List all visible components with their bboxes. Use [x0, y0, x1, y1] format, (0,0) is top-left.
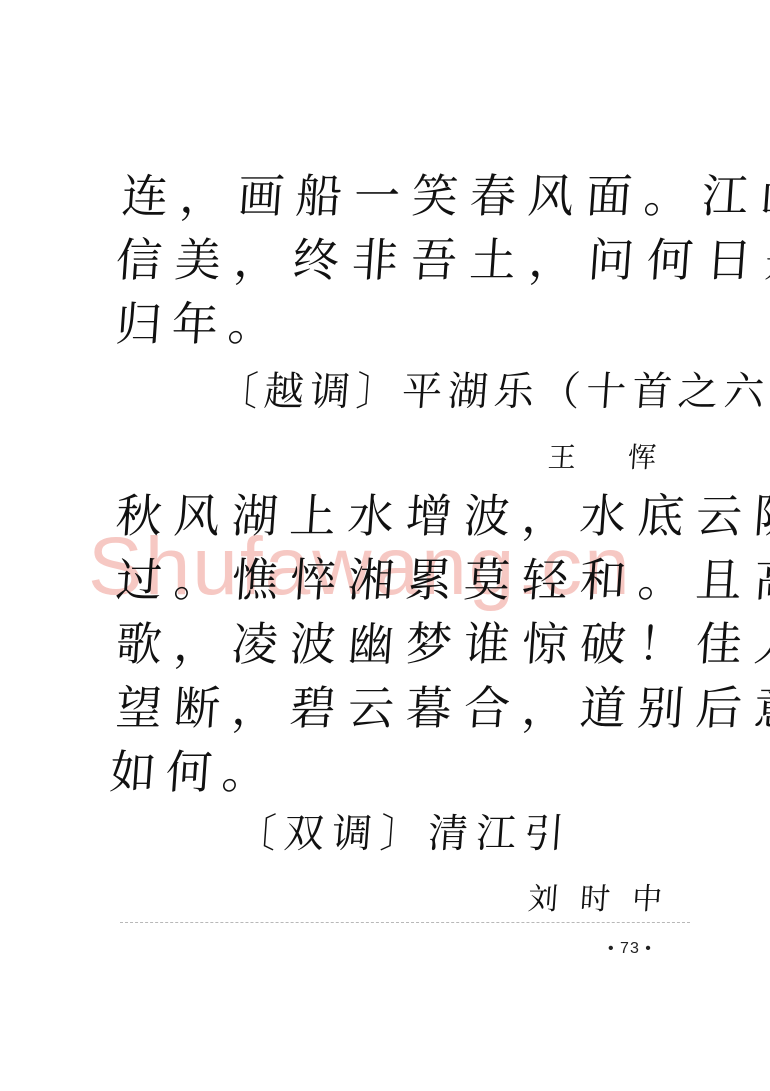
poem2-line-1: 秋风湖上水增波，水底云阴 [114, 488, 770, 544]
poem3-author: 刘时中 [526, 872, 686, 928]
poem2-title: 〔越调〕平湖乐（十首之六） [216, 364, 770, 420]
poem2-author: 王恽 [546, 430, 710, 486]
scanned-page: Shufawang.cn 连，画船一笑春风面。江山 信美，终非吾土，问何日是 归… [0, 0, 770, 1091]
poem1-line-3: 归年。 [114, 296, 286, 352]
poem2-line-4: 望断，碧云暮合，道别后意 [114, 680, 770, 736]
poem2-line-2: 过。憔悴湘累莫轻和。且高 [114, 552, 770, 608]
poem1-line-1: 连，画船一笑春风面。江山 [120, 168, 770, 224]
poem3-title: 〔双调〕清江引 [234, 806, 574, 862]
poem2-line-5: 如何。 [108, 744, 280, 800]
poem2-line-3: 歌，凌波幽梦谁惊破！佳人 [114, 616, 770, 672]
poem1-line-2: 信美，终非吾土，问何日是 [114, 232, 770, 288]
page-number: • 73 • [608, 940, 652, 958]
